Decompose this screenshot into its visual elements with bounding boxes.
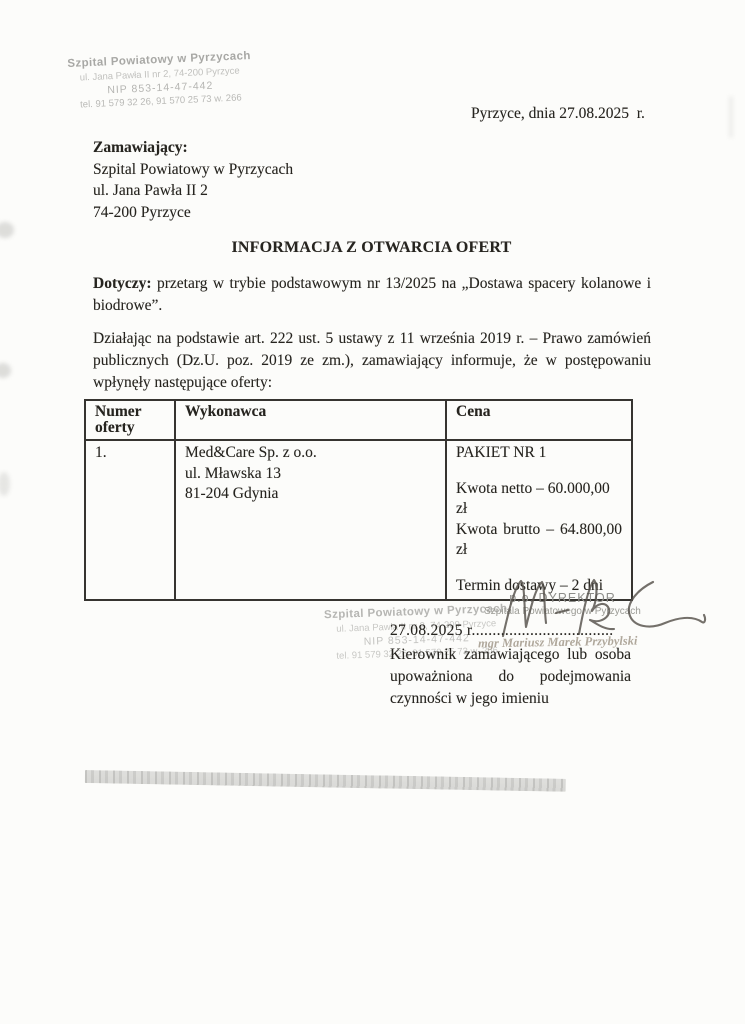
- contractor-street: ul. Mławska 13: [185, 464, 436, 485]
- orderer-street: ul. Jana Pawła II 2: [93, 180, 293, 202]
- document-title: INFORMACJA Z OTWARCIA OFERT: [93, 239, 650, 257]
- contractor-name: Med&Care Sp. z o.o.: [185, 443, 436, 464]
- scanner-artifact-band: [85, 770, 566, 792]
- offer-number: 1.: [95, 443, 165, 464]
- contractor-city: 81-204 Gdynia: [185, 484, 436, 505]
- handwritten-signature: [493, 574, 713, 654]
- signature-caption: Kierownik zamawiającego lub osoba upoważ…: [390, 644, 631, 709]
- scan-smudge: [0, 472, 10, 496]
- document-page: Szpital Powiatowy w Pyrzycach ul. Jana P…: [0, 0, 745, 1024]
- scan-smudge: [0, 222, 14, 238]
- subject-text: przetarg w trybie podstawowym nr 13/2025…: [93, 275, 651, 314]
- dateline: Pyrzyce, dnia 27.08.2025 r.: [471, 105, 645, 123]
- scan-smudge: [0, 363, 11, 378]
- cell-contractor: Med&Care Sp. z o.o. ul. Mławska 13 81-20…: [175, 440, 446, 600]
- subject-paragraph: Dotyczy: przetarg w trybie podstawowym n…: [93, 273, 651, 317]
- signature-date-line: 27.08.2025 r............................…: [390, 622, 613, 640]
- price-package: PAKIET NR 1: [456, 443, 622, 464]
- scan-smudge: [729, 96, 733, 138]
- header-contractor: Wykonawca: [175, 400, 446, 440]
- header-price: Cena: [446, 400, 632, 440]
- stamp-line: ul. Jana Pawła II nr 2, 74-200 Pyrzyce: [55, 63, 265, 85]
- stamp-line: Szpital Powiatowy w Pyrzycach: [54, 48, 264, 72]
- stamp-line: NIP 853-14-47-442: [55, 76, 265, 99]
- body-paragraph: Działając na podstawie art. 222 ust. 5 u…: [93, 328, 651, 393]
- hospital-stamp-top: Szpital Powiatowy w Pyrzycach ul. Jana P…: [54, 48, 266, 112]
- price-gross: Kwota brutto – 64.800,00 zł: [456, 520, 622, 561]
- offers-table: Numer oferty Wykonawca Cena 1. Med&Care …: [84, 399, 633, 601]
- orderer-name: Szpital Powiatowy w Pyrzycach: [93, 159, 293, 181]
- header-offer-number: Numer oferty: [85, 400, 175, 440]
- orderer-label: Zamawiający:: [93, 137, 293, 159]
- offers-table-header-row: Numer oferty Wykonawca Cena: [85, 400, 632, 440]
- cell-spacer: [456, 464, 622, 479]
- cell-offer-number: 1.: [85, 440, 175, 600]
- price-net: Kwota netto – 60.000,00 zł: [456, 479, 622, 520]
- subject-label: Dotyczy:: [93, 275, 152, 292]
- orderer-city: 74-200 Pyrzyce: [93, 202, 293, 224]
- stamp-line: tel. 91 579 32 26, 91 570 25 73 w. 266: [56, 90, 266, 112]
- orderer-block: Zamawiający: Szpital Powiatowy w Pyrzyca…: [93, 137, 293, 223]
